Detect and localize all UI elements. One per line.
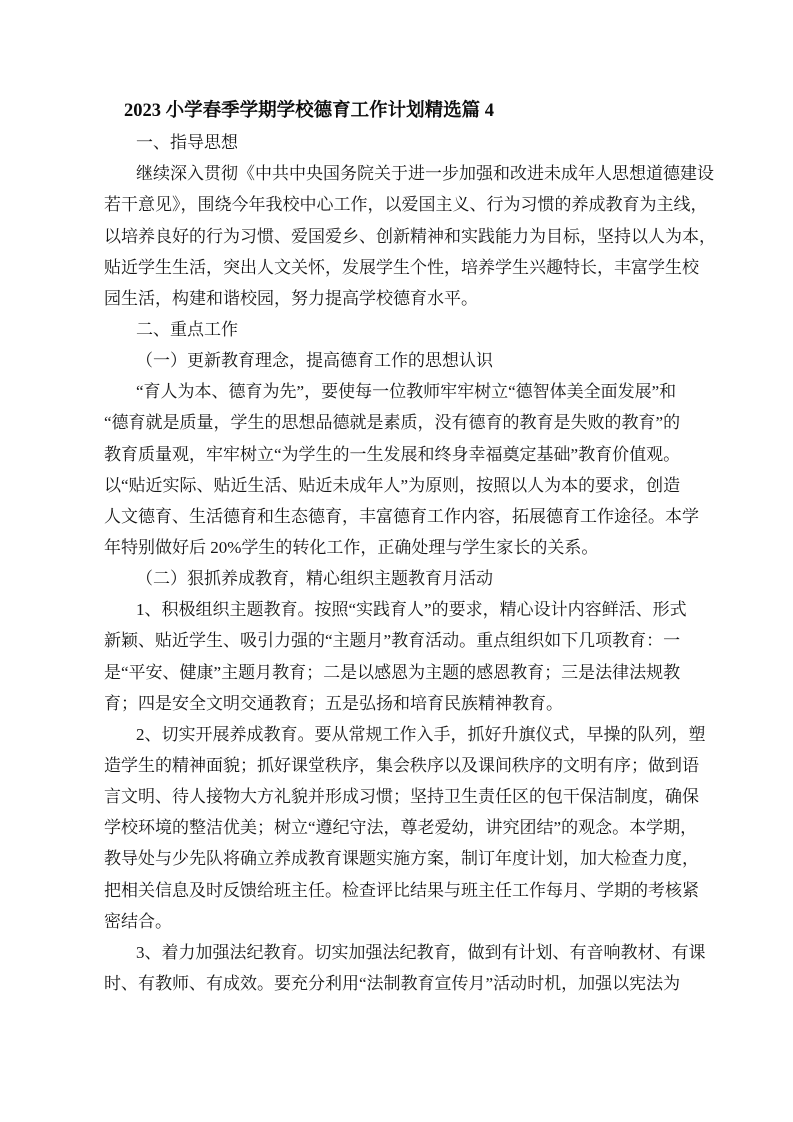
text-line: 3、着力加强法纪教育。切实加强法纪教育，做到有计划、有音响教材、有课	[104, 937, 693, 968]
text-line: 1、积极组织主题教育。按照“实践育人”的要求，精心设计内容鲜活、形式	[104, 594, 693, 625]
document-body: 2023 小学春季学期学校德育工作计划精选篇 4一、指导思想继续深入贯彻《中共中…	[104, 96, 693, 999]
text-line: “育人为本、德育为先”，要使每一位教师牢牢树立“德智体美全面发展”和	[104, 376, 693, 407]
text-line: 是“平安、健康”主题月教育；二是以感恩为主题的感恩教育；三是法律法规教	[104, 657, 693, 688]
text-line: 人文德育、生活德育和生态德育，丰富德育工作内容，拓展德育工作途径。本学	[104, 501, 693, 532]
text-line: “德育就是质量，学生的思想品德就是素质，没有德育的教育是失败的教育”的	[104, 407, 693, 438]
text-line: 年特别做好后 20%学生的转化工作，正确处理与学生家长的关系。	[104, 532, 693, 563]
text-line: 园生活，构建和谐校园，努力提高学校德育水平。	[104, 283, 693, 314]
text-line: 一、指导思想	[104, 127, 693, 158]
text-line: 教导处与少先队将确立养成教育课题实施方案，制订年度计划，加大检查力度，	[104, 843, 693, 874]
text-line: 学校环境的整洁优美；树立“遵纪守法，尊老爱幼，讲究团结”的观念。本学期，	[104, 812, 693, 843]
text-line: 继续深入贯彻《中共中央国务院关于进一步加强和改进未成年人思想道德建设	[104, 158, 693, 189]
text-line: 若干意见》，围绕今年我校中心工作，以爱国主义、行为习惯的养成教育为主线，	[104, 189, 693, 220]
text-line: 把相关信息及时反馈给班主任。检查评比结果与班主任工作每月、学期的考核紧	[104, 875, 693, 906]
text-line: 时、有教师、有成效。要充分利用“法制教育宣传月”活动时机，加强以宪法为	[104, 968, 693, 999]
text-line: 以“贴近实际、贴近生活、贴近未成年人”为原则，按照以人为本的要求，创造	[104, 470, 693, 501]
text-line: （二）狠抓养成教育，精心组织主题教育月活动	[104, 563, 693, 594]
text-line: 造学生的精神面貌；抓好课堂秩序，集会秩序以及课间秩序的文明有序；做到语	[104, 750, 693, 781]
text-line: 言文明、待人接物大方礼貌并形成习惯；坚持卫生责任区的包干保洁制度，确保	[104, 781, 693, 812]
document-title: 2023 小学春季学期学校德育工作计划精选篇 4	[104, 96, 693, 127]
text-line: 教育质量观，牢牢树立“为学生的一生发展和终身幸福奠定基础”教育价值观。	[104, 439, 693, 470]
text-line: 新颖、贴近学生、吸引力强的“主题月”教育活动。重点组织如下几项教育：一	[104, 625, 693, 656]
text-line: 二、重点工作	[104, 314, 693, 345]
text-line: 贴近学生生活，突出人文关怀，发展学生个性，培养学生兴趣特长，丰富学生校	[104, 252, 693, 283]
text-line: 以培养良好的行为习惯、爱国爱乡、创新精神和实践能力为目标，坚持以人为本，	[104, 221, 693, 252]
text-line: 密结合。	[104, 906, 693, 937]
document-page: 2023 小学春季学期学校德育工作计划精选篇 4一、指导思想继续深入贯彻《中共中…	[0, 0, 793, 1122]
text-line: 育；四是安全文明交通教育；五是弘扬和培育民族精神教育。	[104, 688, 693, 719]
text-line: 2、切实开展养成教育。要从常规工作入手，抓好升旗仪式，早操的队列，塑	[104, 719, 693, 750]
text-line: （一）更新教育理念，提高德育工作的思想认识	[104, 345, 693, 376]
